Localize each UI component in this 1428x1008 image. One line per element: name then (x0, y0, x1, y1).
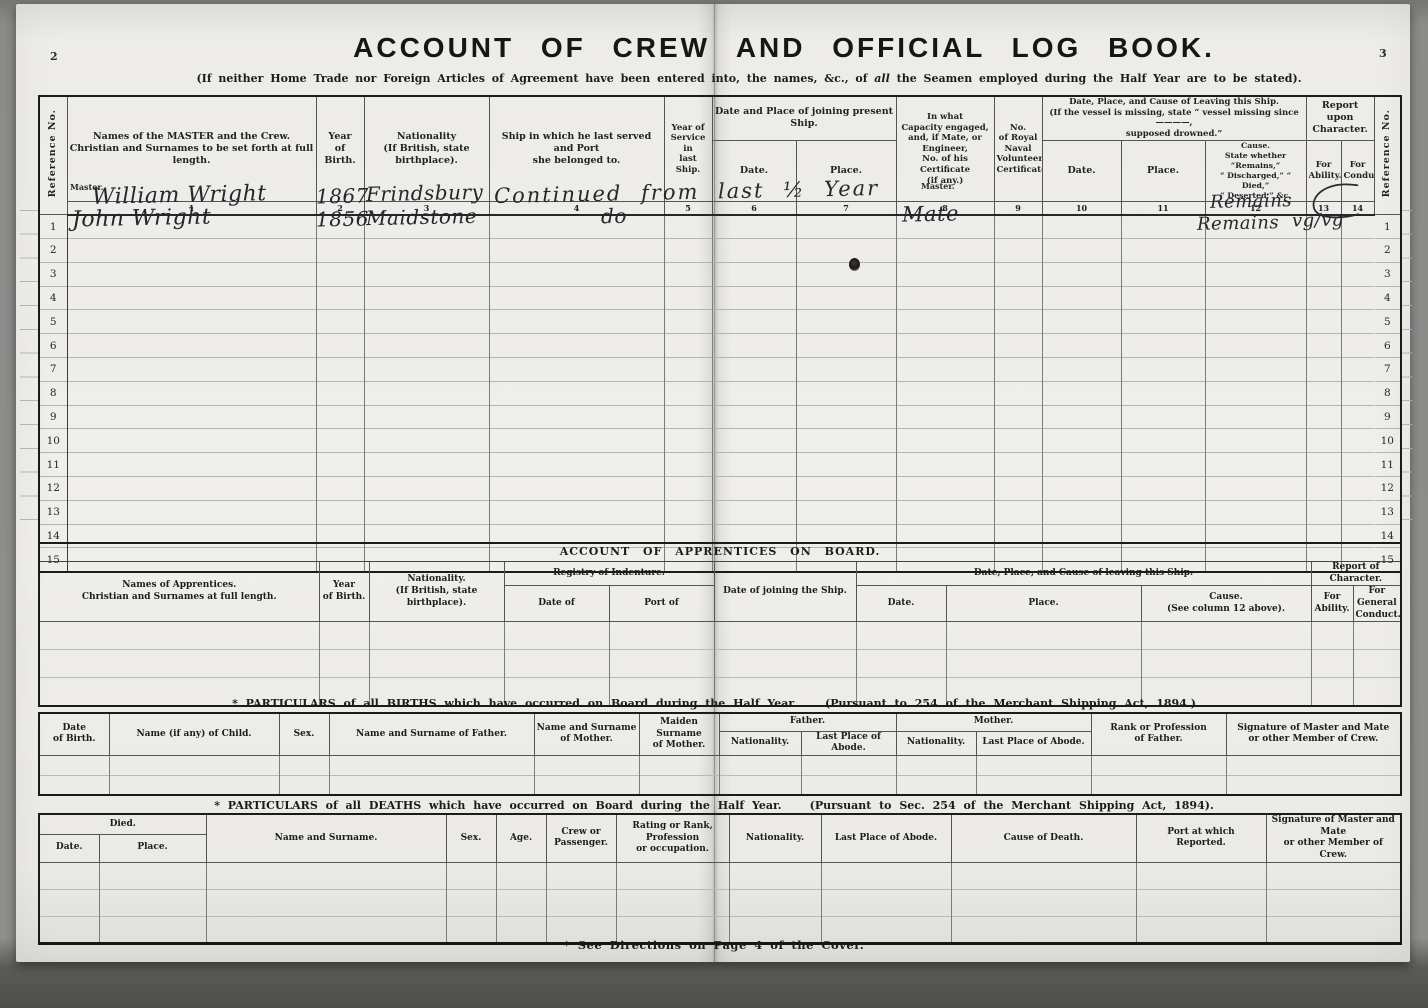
crew-cell (1306, 500, 1341, 524)
crew-cell (1205, 429, 1306, 453)
blank-cell (1266, 862, 1401, 889)
crew-cell (316, 429, 364, 453)
crew-row: 44 (39, 286, 1401, 310)
births-header-father-group: Father. (719, 713, 896, 731)
crew-row2-year-handwriting: 1856 (316, 206, 369, 231)
crew-cell (712, 334, 796, 358)
crew-cell (1306, 286, 1341, 310)
crew-cell (1341, 262, 1374, 286)
crew-cell (796, 310, 896, 334)
crew-cell (1306, 405, 1341, 429)
crew-cell (364, 262, 489, 286)
crew-cell (712, 310, 796, 334)
blank-cell (801, 755, 896, 775)
crew-header-joining-group: Date and Place of joining present Ship. (712, 96, 896, 140)
crew-cell (1121, 262, 1205, 286)
blank-row (39, 622, 1401, 650)
births-header-mother-nationality: Nationality. (896, 731, 976, 755)
apprentices-header-leaving-date: Date. (856, 586, 946, 622)
blank-cell (1136, 862, 1266, 889)
crew-cell (994, 405, 1042, 429)
crew-cell (1341, 358, 1374, 382)
crew-cell (1121, 334, 1205, 358)
blank-cell (1141, 622, 1311, 650)
crew-cell (994, 381, 1042, 405)
crew-row: 88 (39, 381, 1401, 405)
blank-cell (39, 889, 99, 916)
crew-cell (1205, 239, 1306, 263)
crew-cell (489, 215, 664, 239)
blank-cell (951, 862, 1136, 889)
crew-cell (67, 453, 316, 477)
crew-cell (664, 239, 712, 263)
births-header-rank: Rank or Profession of Father. (1091, 713, 1226, 755)
crew-cell (1121, 453, 1205, 477)
crew-cell (1042, 310, 1121, 334)
crew-cell (1306, 239, 1341, 263)
apprentices-header-conduct: For General Conduct. (1353, 586, 1401, 622)
crew-cell (796, 477, 896, 501)
blank-cell (616, 889, 729, 916)
crew-cell (67, 310, 316, 334)
crew-row-number-left: 11 (39, 453, 67, 477)
crew-cell (67, 500, 316, 524)
crew-cell (664, 286, 712, 310)
crew-cell (712, 405, 796, 429)
blank-cell (639, 775, 719, 795)
deaths-header-port: Port at which Reported. (1136, 814, 1266, 862)
blank-cell (609, 650, 714, 678)
apprentices-header-leaving-group: Date, Place, and Cause of leaving this S… (856, 562, 1311, 586)
blank-cell (504, 650, 609, 678)
crew-row-number-left: 3 (39, 262, 67, 286)
deaths-header-age: Age. (496, 814, 546, 862)
blank-cell (609, 622, 714, 650)
crew-table: Reference No. Names of the MASTER and th… (38, 95, 1402, 573)
crew-cell (796, 286, 896, 310)
births-table-body (39, 755, 1401, 795)
blank-cell (319, 622, 369, 650)
blank-cell (1266, 889, 1401, 916)
crew-cell (1306, 429, 1341, 453)
blank-cell (279, 775, 329, 795)
crew-cell (664, 262, 712, 286)
crew-cell (489, 262, 664, 286)
crew-cell (1306, 310, 1341, 334)
crew-cell (1306, 334, 1341, 358)
blank-cell (446, 862, 496, 889)
blank-cell (896, 755, 976, 775)
crew-cell (664, 215, 712, 239)
crew-cell (489, 286, 664, 310)
crew-cell (896, 500, 994, 524)
crew-cell (489, 310, 664, 334)
crew-cell (67, 477, 316, 501)
apprentices-header-leaving-place: Place. (946, 586, 1141, 622)
blank-cell (1311, 622, 1353, 650)
crew-cell (796, 453, 896, 477)
crew-cell (316, 453, 364, 477)
crew-row2-name-handwriting: John Wright (72, 205, 212, 233)
crew-cell (796, 358, 896, 382)
crew-cell (1205, 453, 1306, 477)
crew-row2-cause-handwriting: Remains (1197, 212, 1280, 235)
crew-cell (316, 286, 364, 310)
crew-cell (1042, 358, 1121, 382)
crew-row-number-right: 10 (1374, 429, 1401, 453)
crew-cell (994, 429, 1042, 453)
crew-row-number-right: 12 (1374, 477, 1401, 501)
crew-cell (796, 500, 896, 524)
blank-cell (1353, 622, 1401, 650)
crew-cell (712, 286, 796, 310)
crew-cell (1121, 405, 1205, 429)
crew-cell (796, 405, 896, 429)
crew-cell (489, 500, 664, 524)
crew-cell (1306, 381, 1341, 405)
crew-cell (364, 500, 489, 524)
crew-cell (1205, 381, 1306, 405)
blank-cell (714, 622, 856, 650)
blank-cell (946, 622, 1141, 650)
crew-cell (796, 381, 896, 405)
blank-cell (639, 755, 719, 775)
apprentices-header-registry-group: Registry of Indenture. (504, 562, 714, 586)
crew-cell (1042, 262, 1121, 286)
crew-cell (489, 358, 664, 382)
blank-cell (951, 889, 1136, 916)
crew-cell (1042, 405, 1121, 429)
births-header-father-abode: Last Place of Abode. (801, 731, 896, 755)
crew-cell (896, 453, 994, 477)
apprentices-header-ability: For Ability. (1311, 586, 1353, 622)
blank-row (39, 889, 1401, 916)
crew-cell (664, 500, 712, 524)
blank-cell (946, 650, 1141, 678)
crew-cell (316, 310, 364, 334)
crew-row: 1212 (39, 477, 1401, 501)
document-title: ACCOUNT OF CREW AND OFFICIAL LOG BOOK. (180, 32, 1388, 64)
apprentices-header-names: Names of Apprentices. Christian and Surn… (39, 562, 319, 622)
crew-row-number-left: 12 (39, 477, 67, 501)
crew-cell (1205, 405, 1306, 429)
blank-cell (714, 650, 856, 678)
blank-row (39, 862, 1401, 889)
blank-cell (534, 755, 639, 775)
crew-row-number-left: 9 (39, 405, 67, 429)
crew-row: 1111 (39, 453, 1401, 477)
crew-cell (364, 239, 489, 263)
crew-cell (364, 310, 489, 334)
crew-cell (489, 334, 664, 358)
blank-cell (1226, 755, 1401, 775)
crew-cell (664, 453, 712, 477)
crew-cell (1341, 239, 1374, 263)
crew-cell (796, 429, 896, 453)
blank-cell (546, 862, 616, 889)
crew-cell (1341, 477, 1374, 501)
apprentices-header-date-of: Date of (504, 586, 609, 622)
crew-cell (316, 477, 364, 501)
births-header-father-nationality: Nationality. (719, 731, 801, 755)
blank-cell (896, 775, 976, 795)
crew-cell (364, 358, 489, 382)
crew-cell (364, 405, 489, 429)
births-header-signature: Signature of Master and Mate or other Me… (1226, 713, 1401, 755)
blank-cell (976, 755, 1091, 775)
crew-cell (489, 453, 664, 477)
blank-cell (504, 622, 609, 650)
crew-row-number-left: 13 (39, 500, 67, 524)
blank-cell (856, 622, 946, 650)
crew-cell (896, 262, 994, 286)
blank-cell (1091, 775, 1226, 795)
crew-cell (994, 239, 1042, 263)
crew-cell (1121, 477, 1205, 501)
deaths-header-nationality: Nationality. (729, 814, 821, 862)
crew-row-number-left: 6 (39, 334, 67, 358)
blank-cell (1136, 889, 1266, 916)
blank-cell (39, 755, 109, 775)
crew-cell (364, 381, 489, 405)
blank-cell (329, 755, 534, 775)
crew-row-number-right: 4 (1374, 286, 1401, 310)
crew-cell (664, 358, 712, 382)
crew-row-number-left: 2 (39, 239, 67, 263)
crew-cell (1121, 239, 1205, 263)
blank-cell (856, 650, 946, 678)
blank-cell (801, 775, 896, 795)
crew-cell (67, 429, 316, 453)
blank-cell (39, 775, 109, 795)
births-header-maiden: Maiden Surname of Mother. (639, 713, 719, 755)
crew-cell (1121, 358, 1205, 382)
crew-cell (316, 239, 364, 263)
crew-cell (1341, 286, 1374, 310)
crew-row: 22 (39, 239, 1401, 263)
blank-cell (446, 889, 496, 916)
births-header-mother-group: Mother. (896, 713, 1091, 731)
crew-cell (1205, 262, 1306, 286)
crew-cell (316, 381, 364, 405)
crew-row-number-right: 13 (1374, 500, 1401, 524)
blank-row (39, 755, 1401, 775)
crew-cell (994, 334, 1042, 358)
crew-cell (1042, 239, 1121, 263)
deaths-table-body (39, 862, 1401, 943)
crew-row-number-right: 3 (1374, 262, 1401, 286)
crew-cell (489, 429, 664, 453)
crew-cell (994, 358, 1042, 382)
apprentices-title: ACCOUNT OF APPRENTICES ON BOARD. (39, 543, 1401, 562)
crew-cell (364, 453, 489, 477)
crew-cell (712, 262, 796, 286)
crew-cell (489, 405, 664, 429)
crew-cell (1042, 500, 1121, 524)
crew-row1-cause-handwriting: Remains (1210, 190, 1293, 213)
crew-header-reference-left: Reference No. (39, 96, 67, 215)
blank-cell (206, 889, 446, 916)
crew-cell (1341, 500, 1374, 524)
crew-cell (664, 429, 712, 453)
blank-cell (99, 862, 206, 889)
subtitle-emphasis: all (874, 72, 890, 85)
crew-cell (994, 477, 1042, 501)
crew-row-number-left: 7 (39, 358, 67, 382)
blank-cell (821, 889, 951, 916)
crew-cell (1121, 381, 1205, 405)
crew-cell (896, 405, 994, 429)
crew-cell (712, 477, 796, 501)
crew-row-number-right: 1 (1374, 215, 1401, 239)
crew-cell (1306, 477, 1341, 501)
crew-cell (1042, 334, 1121, 358)
births-header-child: Name (if any) of Child. (109, 713, 279, 755)
deaths-header-died-place: Place. (99, 834, 206, 862)
crew-cell (896, 286, 994, 310)
crew-cell (1042, 381, 1121, 405)
crew-header-reference-right: Reference No. (1374, 96, 1401, 215)
crew-cell (1306, 262, 1341, 286)
crew-cell (896, 358, 994, 382)
crew-row1-year-handwriting: 1867 (316, 183, 369, 208)
births-section-title: * PARTICULARS of all BIRTHS which have o… (60, 697, 1368, 710)
crew-row: 99 (39, 405, 1401, 429)
blank-cell (99, 889, 206, 916)
deaths-header-sex: Sex. (446, 814, 496, 862)
crew-cell (796, 239, 896, 263)
blank-cell (1141, 650, 1311, 678)
blank-cell (206, 862, 446, 889)
crew-cell (796, 262, 896, 286)
crew-cell (1121, 310, 1205, 334)
apprentices-header-leaving-cause: Cause. (See column 12 above). (1141, 586, 1311, 622)
deaths-header-name: Name and Surname. (206, 814, 446, 862)
ink-blot (849, 258, 860, 271)
crew-row-number-right: 5 (1374, 310, 1401, 334)
blank-cell (1353, 650, 1401, 678)
crew-cell (1341, 405, 1374, 429)
crew-cell (896, 381, 994, 405)
crew-row-number-left: 5 (39, 310, 67, 334)
blank-cell (729, 889, 821, 916)
crew-cell (994, 262, 1042, 286)
deaths-header-crew: Crew or Passenger. (546, 814, 616, 862)
births-header-sex: Sex. (279, 713, 329, 755)
crew-cell (664, 310, 712, 334)
crew-cell (364, 286, 489, 310)
blank-cell (534, 775, 639, 795)
crew-row-number-right: 9 (1374, 405, 1401, 429)
births-header-father-name: Name and Surname of Father. (329, 713, 534, 755)
crew-cell (1121, 286, 1205, 310)
blank-cell (729, 862, 821, 889)
crew-row-number-left: 1 (39, 215, 67, 239)
crew-cell (664, 477, 712, 501)
births-header-mother-name: Name and Surname of Mother. (534, 713, 639, 755)
deaths-header-died-date: Date. (39, 834, 99, 862)
crew-row: 1313 (39, 500, 1401, 524)
crew-header-rnv-certificate: No. of Royal Naval Volunteer's Certifica… (994, 96, 1042, 202)
crew-cell (1205, 286, 1306, 310)
apprentices-header-port-of: Port of (609, 586, 714, 622)
crew-cell (316, 262, 364, 286)
crew-cell (1205, 477, 1306, 501)
crew-row: 33 (39, 262, 1401, 286)
blank-cell (109, 775, 279, 795)
crew-cell (1205, 500, 1306, 524)
crew-row2-lastship-handwriting: do (601, 204, 627, 229)
crew-cell (1341, 381, 1374, 405)
crew-row-number-right: 2 (1374, 239, 1401, 263)
blank-cell (719, 775, 801, 795)
crew-row: 55 (39, 310, 1401, 334)
crew-cell (994, 310, 1042, 334)
crew-cell (1042, 453, 1121, 477)
crew-cell (364, 429, 489, 453)
crew-cell (896, 334, 994, 358)
crew-cell (1341, 310, 1374, 334)
crew-cell (712, 215, 796, 239)
crew-cell (1341, 453, 1374, 477)
crew-cell (712, 381, 796, 405)
crew-cell (896, 310, 994, 334)
crew-header-leaving-group: Date, Place, and Cause of Leaving this S… (1042, 96, 1306, 140)
blank-cell (39, 650, 319, 678)
crew-row-number-right: 7 (1374, 358, 1401, 382)
blank-cell (39, 622, 319, 650)
crew-cell (712, 239, 796, 263)
apprentices-header-year: Year of Birth. (319, 562, 369, 622)
crew-row-number-left: 10 (39, 429, 67, 453)
deaths-header-rating: Rating or Rank, Profession or occupation… (616, 814, 729, 862)
document-subtitle: (If neither Home Trade nor Foreign Artic… (130, 72, 1368, 85)
footer-directions-note: * See Directions on Page 4 of the Cover. (0, 938, 1428, 952)
blank-cell (369, 650, 504, 678)
crew-cell (489, 477, 664, 501)
deaths-header-abode: Last Place of Abode. (821, 814, 951, 862)
blank-cell (496, 889, 546, 916)
crew-cell (316, 405, 364, 429)
crew-cell (489, 239, 664, 263)
crew-header-leaving-date: Date. (1042, 140, 1121, 202)
crew-cell (994, 286, 1042, 310)
crew-cell (67, 381, 316, 405)
apprentices-header-nationality: Nationality. (If British, state birthpla… (369, 562, 504, 622)
crew-cell (316, 358, 364, 382)
crew-cell (1306, 453, 1341, 477)
blank-cell (1311, 650, 1353, 678)
crew-cell (67, 286, 316, 310)
crew-header-leaving-place: Place. (1121, 140, 1205, 202)
crew-cell (896, 239, 994, 263)
crew-cell (1306, 358, 1341, 382)
apprentices-header-joining: Date of joining the Ship. (714, 562, 856, 622)
blank-cell (616, 862, 729, 889)
deaths-section-title: * PARTICULARS of all DEATHS which have o… (60, 799, 1368, 812)
crew-cell (1121, 500, 1205, 524)
blank-cell (109, 755, 279, 775)
crew-cell (489, 381, 664, 405)
crew-row-number-right: 8 (1374, 381, 1401, 405)
crew-cell (67, 405, 316, 429)
blank-cell (496, 862, 546, 889)
crew-cell (67, 334, 316, 358)
crew-row-number-right: 11 (1374, 453, 1401, 477)
crew-cell (67, 262, 316, 286)
crew-cell (1042, 286, 1121, 310)
crew-row-number-left: 8 (39, 381, 67, 405)
